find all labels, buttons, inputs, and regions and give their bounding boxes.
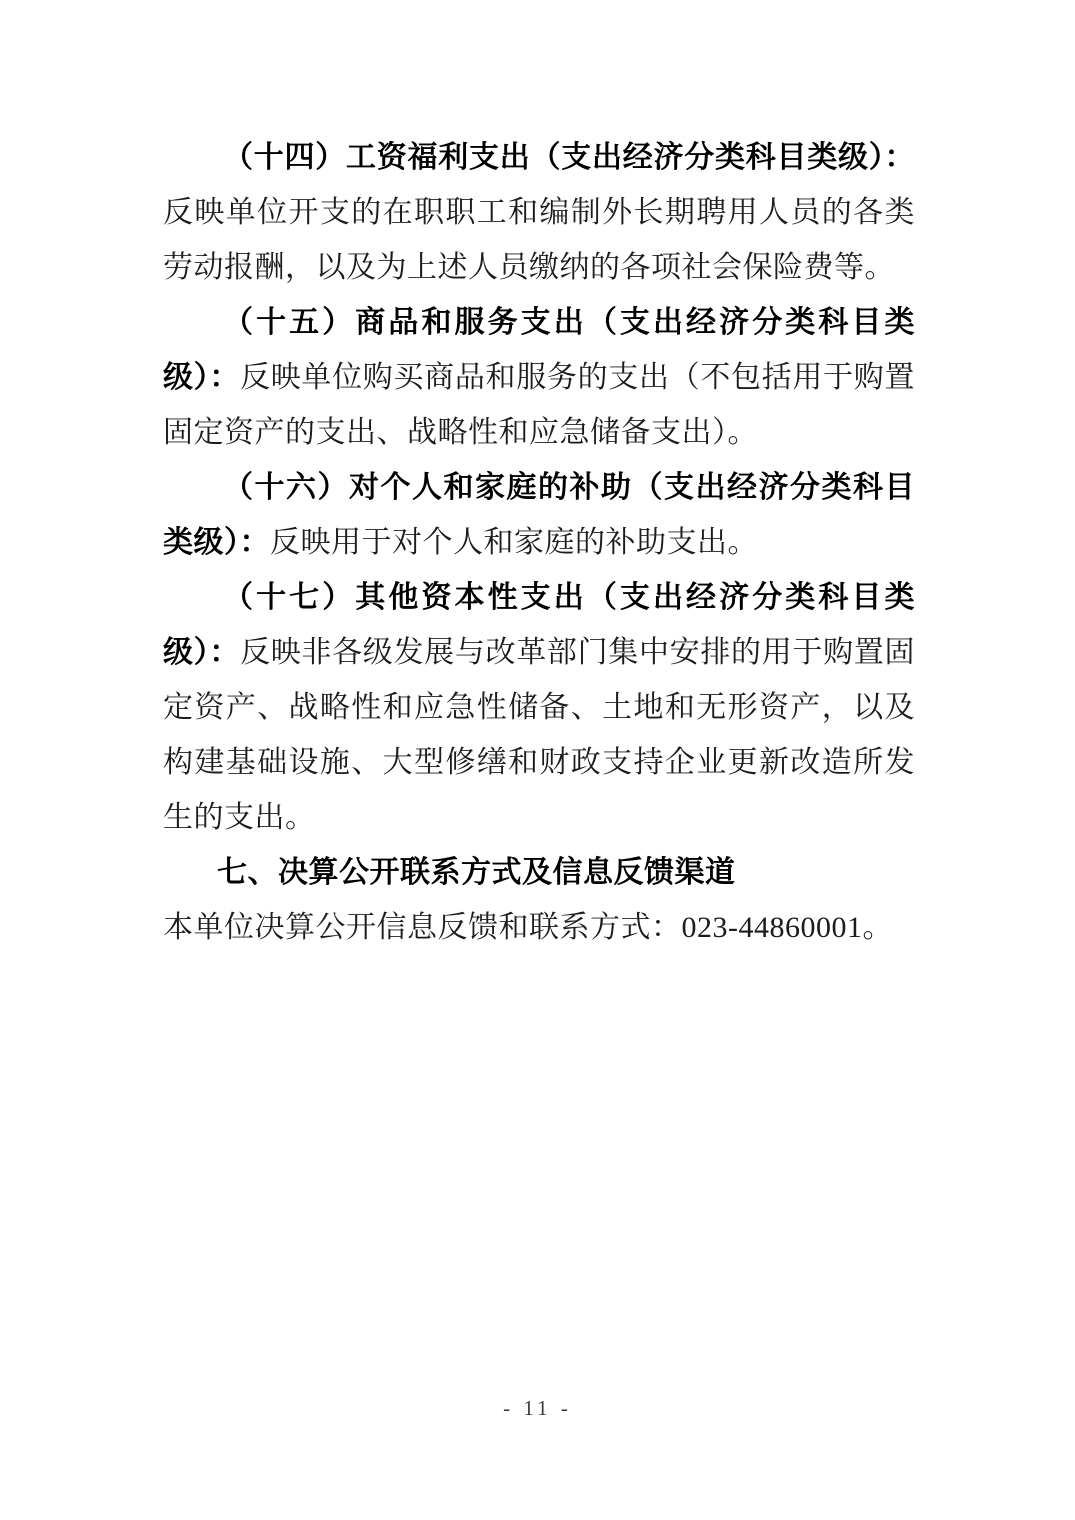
document-body: （十四）工资福利支出（支出经济分类科目类级）：反映单位开支的在职职工和编制外长期… [163,130,915,955]
paragraph-16-text: 反映用于对个人和家庭的补助支出。 [270,526,758,559]
contact-line: 本单位决算公开信息反馈和联系方式：023-44860001。 [163,900,915,955]
paragraph-17-text: 反映非各级发展与改革部门集中安排的用于购置固定资产、战略性和应急性储备、土地和无… [163,636,915,834]
paragraph-14-text: 反映单位开支的在职职工和编制外长期聘用人员的各类劳动报酬，以及为上述人员缴纳的各… [163,196,915,284]
paragraph-14-lead: （十四）工资福利支出（支出经济分类科目类级）： [223,141,915,174]
paragraph-item-17: （十七）其他资本性支出（支出经济分类科目类级）：反映非各级发展与改革部门集中安排… [163,570,915,845]
document-page: （十四）工资福利支出（支出经济分类科目类级）：反映单位开支的在职职工和编制外长期… [0,0,1075,1520]
paragraph-item-15: （十五）商品和服务支出（支出经济分类科目类级）：反映单位购买商品和服务的支出（不… [163,295,915,460]
page-number: - 11 - [0,1396,1075,1421]
paragraph-item-16: （十六）对个人和家庭的补助（支出经济分类科目类级）：反映用于对个人和家庭的补助支… [163,460,915,570]
paragraph-item-14: （十四）工资福利支出（支出经济分类科目类级）：反映单位开支的在职职工和编制外长期… [163,130,915,295]
section-heading: 七、决算公开联系方式及信息反馈渠道 [163,845,915,900]
paragraph-15-text: 反映单位购买商品和服务的支出（不包括用于购置固定资产的支出、战略性和应急储备支出… [163,361,915,449]
